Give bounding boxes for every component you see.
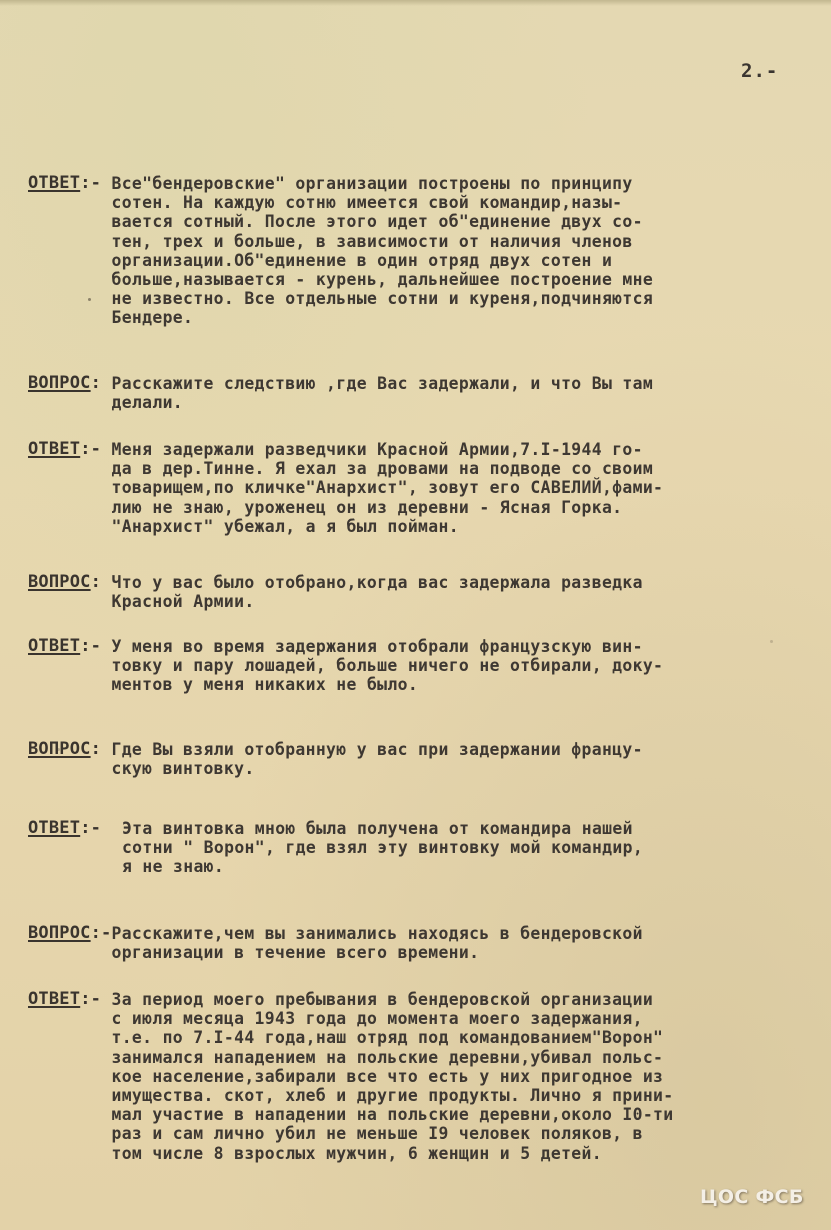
text-line: том числе 8 взрослых мужчин, 6 женщин и … <box>112 1144 799 1163</box>
label-separator: :- <box>80 173 111 193</box>
answer-label-word: ОТВЕТ <box>28 173 80 193</box>
text-line: Где Вы взяли отобранную у вас при задерж… <box>111 740 798 759</box>
text-line: У меня во время задержания отобрали фран… <box>112 637 799 656</box>
question-label-word: ВОПРОС <box>28 923 91 943</box>
question-block: ВОПРОС:- Расскажите,чем вы занимались на… <box>28 924 798 962</box>
text-line: с июля месяца 1943 года до момента моего… <box>112 1009 799 1028</box>
question-block: ВОПРОС: Что у вас было отобрано,когда ва… <box>28 573 798 611</box>
label-separator: :- <box>80 818 122 838</box>
label-separator: :- <box>80 636 111 656</box>
scan-speck <box>57 748 60 751</box>
text-line: Меня задержали разведчики Красной Армии,… <box>112 440 799 459</box>
answer-label-word: ОТВЕТ <box>28 989 80 1009</box>
text-line: организации.Об"единение в один отряд дву… <box>112 251 799 270</box>
text-line: ментов у меня никаких не было. <box>112 675 799 694</box>
text-line: мал участие в нападении на польские дере… <box>112 1105 799 1124</box>
text-line: да в дер.Тинне. Я ехал за дровами на под… <box>112 459 799 478</box>
page-number: 2.- <box>741 60 778 82</box>
text-line: "Анархист" убежал, а я был пойман. <box>112 517 799 536</box>
answer-block: ОТВЕТ:- За период моего пребывания в бен… <box>28 990 798 1163</box>
scan-speck <box>88 298 91 301</box>
text-line: организации в течение всего времени. <box>111 943 798 962</box>
answer-label: ОТВЕТ:- <box>28 990 112 1009</box>
question-label-word: ВОПРОС <box>28 373 91 393</box>
text-line: товку и пару лошадей, больше ничего не о… <box>112 656 799 675</box>
text-line: Эта винтовка мною была получена от коман… <box>122 819 798 838</box>
answer-label: ОТВЕТ:- <box>28 819 122 838</box>
question-label: ВОПРОС: <box>28 573 111 592</box>
answer-label: ОТВЕТ:- <box>28 440 112 459</box>
answer-label-word: ОТВЕТ <box>28 439 80 459</box>
text-line: Что у вас было отобрано,когда вас задерж… <box>111 573 798 592</box>
text-line: занимался нападением на польские деревни… <box>112 1048 799 1067</box>
answer-text: За период моего пребывания в бендеровско… <box>112 990 799 1163</box>
text-line: За период моего пребывания в бендеровско… <box>112 990 799 1009</box>
text-line: сотни " Ворон", где взял эту винтовку мо… <box>122 838 798 857</box>
text-line: имущества. скот, хлеб и другие продукты.… <box>112 1086 799 1105</box>
question-label: ВОПРОС: <box>28 374 111 393</box>
text-line: Красной Армии. <box>111 592 798 611</box>
question-text: Что у вас было отобрано,когда вас задерж… <box>111 573 798 611</box>
label-separator: :- <box>91 923 112 943</box>
answer-block: ОТВЕТ:- Эта винтовка мною была получена … <box>28 819 798 877</box>
question-label: ВОПРОС: <box>28 740 111 759</box>
watermark: ЦОС ФСБ <box>700 1186 804 1208</box>
document-page: 2.- ОТВЕТ:- Все"бендеровские" организаци… <box>0 0 831 1230</box>
answer-block: ОТВЕТ:- Все"бендеровские" организации по… <box>28 174 798 328</box>
label-separator: : <box>91 373 112 393</box>
question-text: Расскажите,чем вы занимались находясь в … <box>111 924 798 962</box>
question-label-word: ВОПРОС <box>28 572 91 592</box>
answer-label-word: ОТВЕТ <box>28 636 80 656</box>
answer-label: ОТВЕТ:- <box>28 637 112 656</box>
text-line: Расскажите следствию ,где Вас задержали,… <box>111 374 798 393</box>
label-separator: :- <box>80 439 111 459</box>
label-separator: : <box>91 572 112 592</box>
question-block: ВОПРОС: Где Вы взяли отобранную у вас пр… <box>28 740 798 778</box>
scan-speck <box>770 640 773 643</box>
text-line: скую винтовку. <box>111 759 798 778</box>
question-label: ВОПРОС:- <box>28 924 111 943</box>
answer-block: ОТВЕТ:- Меня задержали разведчики Красно… <box>28 440 798 536</box>
text-line: кое население,забирали все что есть у ни… <box>112 1067 799 1086</box>
text-line: т.е. по 7.I-44 года,наш отряд под команд… <box>112 1028 799 1047</box>
answer-text: Меня задержали разведчики Красной Армии,… <box>112 440 799 536</box>
question-block: ВОПРОС: Расскажите следствию ,где Вас за… <box>28 374 798 412</box>
text-line: не известно. Все отдельные сотни и курен… <box>112 289 799 308</box>
answer-text: У меня во время задержания отобрали фран… <box>112 637 799 695</box>
question-text: Где Вы взяли отобранную у вас при задерж… <box>111 740 798 778</box>
text-line: Расскажите,чем вы занимались находясь в … <box>111 924 798 943</box>
label-separator: :- <box>80 989 111 1009</box>
text-line: больше,называется - курень, дальнейшее п… <box>112 270 799 289</box>
label-separator: : <box>91 739 112 759</box>
answer-text: Все"бендеровские" организации построены … <box>112 174 799 328</box>
answer-text: Эта винтовка мною была получена от коман… <box>122 819 798 877</box>
text-line: вается сотный. После этого идет об"едине… <box>112 212 799 231</box>
text-line: делали. <box>111 393 798 412</box>
text-line: я не знаю. <box>122 857 798 876</box>
text-line: лию не знаю, уроженец он из деревни - Яс… <box>112 498 799 517</box>
text-line: Бендере. <box>112 308 799 327</box>
text-line: раз и сам лично убил не меньше I9 челове… <box>112 1124 799 1143</box>
answer-block: ОТВЕТ:- У меня во время задержания отобр… <box>28 637 798 695</box>
answer-label-word: ОТВЕТ <box>28 818 80 838</box>
text-line: сотен. На каждую сотню имеется свой кома… <box>112 193 799 212</box>
text-line: тен, трех и больше, в зависимости от нал… <box>112 232 799 251</box>
answer-label: ОТВЕТ:- <box>28 174 112 193</box>
question-text: Расскажите следствию ,где Вас задержали,… <box>111 374 798 412</box>
text-line: товарищем,по кличке"Анархист", зовут его… <box>112 478 799 497</box>
text-line: Все"бендеровские" организации построены … <box>112 174 799 193</box>
